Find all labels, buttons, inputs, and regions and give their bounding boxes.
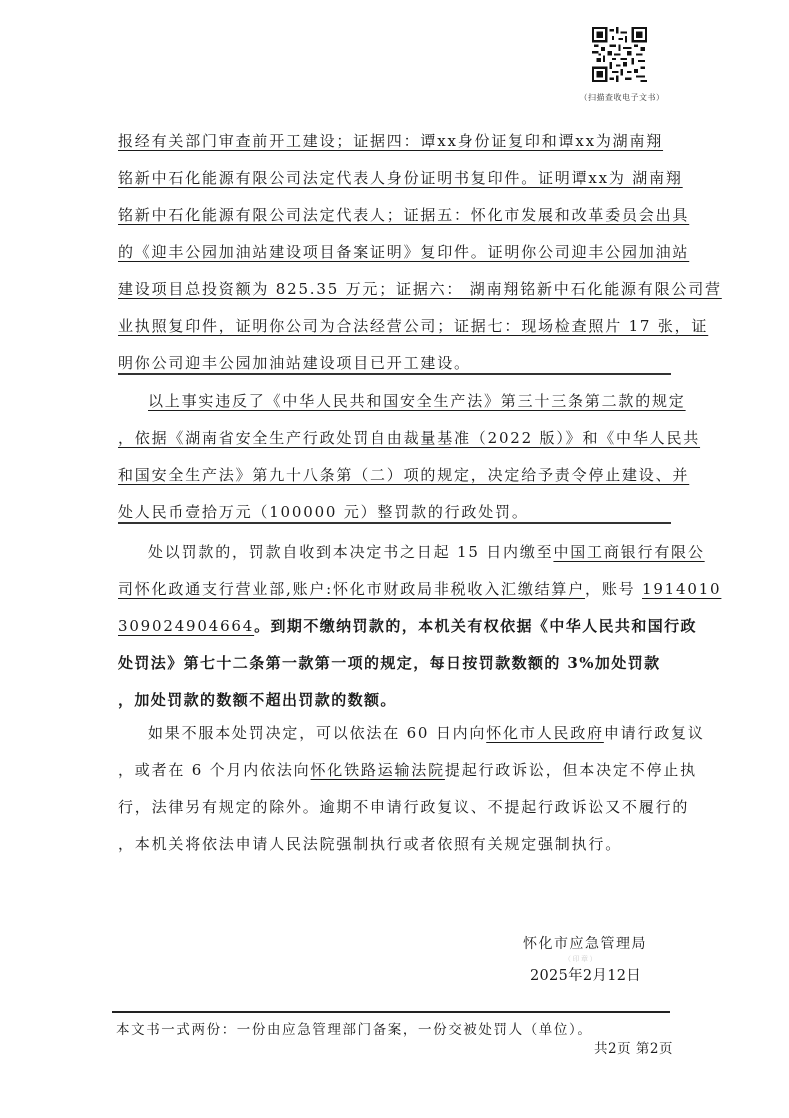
payment-line-3: 309024904664。到期不缴纳罚款的，本机关有权依据《中华人民共和国行政 — [118, 615, 697, 637]
issuing-agency: 怀化市应急管理局 — [523, 933, 647, 953]
appeal-text: 如果不服本处罚决定，可以依法在 60 日内向 — [148, 724, 486, 742]
litigation-court: 怀化铁路运输法院 — [310, 761, 444, 779]
appeal-text: 提起行政诉讼，但本决定不停止执 — [445, 761, 697, 779]
appeal-line-1: 如果不服本处罚决定，可以依法在 60 日内向怀化市人民政府申请行政复议 — [148, 722, 705, 744]
payment-line-2: 司怀化政通支行营业部,账户:怀化市财政局非税收入汇缴结算户，账号 1914010 — [118, 578, 721, 600]
violation-line: 和国安全生产法》第九十八条第（二）项的规定，决定给予责令停止建设、并 — [118, 464, 689, 486]
issue-date: 2025年2月12日 — [530, 964, 641, 985]
appeal-line-4: ，本机关将依法申请人民法院强制执行或者依照有关规定强制执行。 — [118, 833, 622, 855]
payment-line-5: ，加处罚款的数额不超出罚款的数额。 — [118, 689, 397, 711]
violation-line: 以上事实违反了《中华人民共和国安全生产法》第三十三条第二款的规定 — [148, 390, 686, 412]
violation-line: ，依据《湖南省安全生产行政处罚自由裁量基准（2022 版）》和《中华人民共 — [118, 427, 700, 449]
violation-line: 处人民币壹拾万元（100000 元）整罚款的行政处罚。 — [118, 501, 529, 523]
evidence-line: 业执照复印件，证明你公司为合法经营公司；证据七：现场检查照片 17 张，证 — [118, 315, 708, 337]
payment-line-4: 处罚法》第七十二条第一款第一项的规定，每日按罚款数额的 3%加处罚款 — [118, 652, 661, 674]
page-indicator: 共2页 第2页 — [594, 1037, 673, 1057]
evidence-line: 建设项目总投资额为 825.35 万元；证据六： 湖南翔铭新中石化能源有限公司营 — [118, 278, 722, 300]
account-number-part1: 1914010 — [642, 580, 721, 598]
account-label: ，账号 — [585, 580, 642, 598]
evidence-line: 铭新中石化能源有限公司法定代表人；证据五：怀化市发展和改革委员会出具 — [118, 204, 689, 226]
appeal-text: ，或者在 6 个月内依法向 — [118, 761, 310, 779]
evidence-line: 明你公司迎丰公园加油站建设项目已开工建设。 — [118, 352, 471, 374]
violation-end-rule — [118, 522, 671, 524]
footer-divider — [112, 1011, 670, 1013]
evidence-line: 报经有关部门审查前开工建设；证据四：谭xx身份证复印和谭xx为湖南翔 — [118, 130, 663, 152]
seal-placeholder: （印章） — [564, 954, 598, 964]
payment-line-1: 处以罚款的，罚款自收到本决定书之日起 15 日内缴至中国工商银行有限公 — [148, 541, 705, 563]
appeal-text: 申请行政复议 — [604, 724, 705, 742]
payment-deadline-text: 处以罚款的，罚款自收到本决定书之日起 15 日内缴至 — [148, 543, 553, 561]
review-authority: 怀化市人民政府 — [486, 724, 604, 742]
evidence-line: 铭新中石化能源有限公司法定代表人身份证明书复印件。证明谭xx为 湖南翔 — [118, 167, 683, 189]
appeal-line-2: ，或者在 6 个月内依法向怀化铁路运输法院提起行政诉讼，但本决定不停止执 — [118, 759, 697, 781]
qr-caption: （扫描查收电子文书） — [572, 92, 672, 103]
copies-note: 本文书一式两份：一份由应急管理部门备案，一份交被处罚人（单位）。 — [116, 1018, 592, 1038]
bank-account-name: 司怀化政通支行营业部,账户:怀化市财政局非税收入汇缴结算户 — [118, 580, 585, 598]
bank-name: 中国工商银行有限公 — [553, 543, 704, 561]
qr-code-icon — [592, 27, 647, 82]
evidence-end-rule — [118, 373, 671, 375]
late-penalty-text: 。到期不缴纳罚款的，本机关有权依据《中华人民共和国行政 — [254, 617, 697, 635]
appeal-line-3: 行，法律另有规定的除外。逾期不申请行政复议、不提起行政诉讼又不履行的 — [118, 796, 689, 818]
evidence-line: 的《迎丰公园加油站建设项目备案证明》复印件。证明你公司迎丰公园加油站 — [118, 241, 689, 263]
account-number-part2: 309024904664 — [118, 617, 254, 635]
